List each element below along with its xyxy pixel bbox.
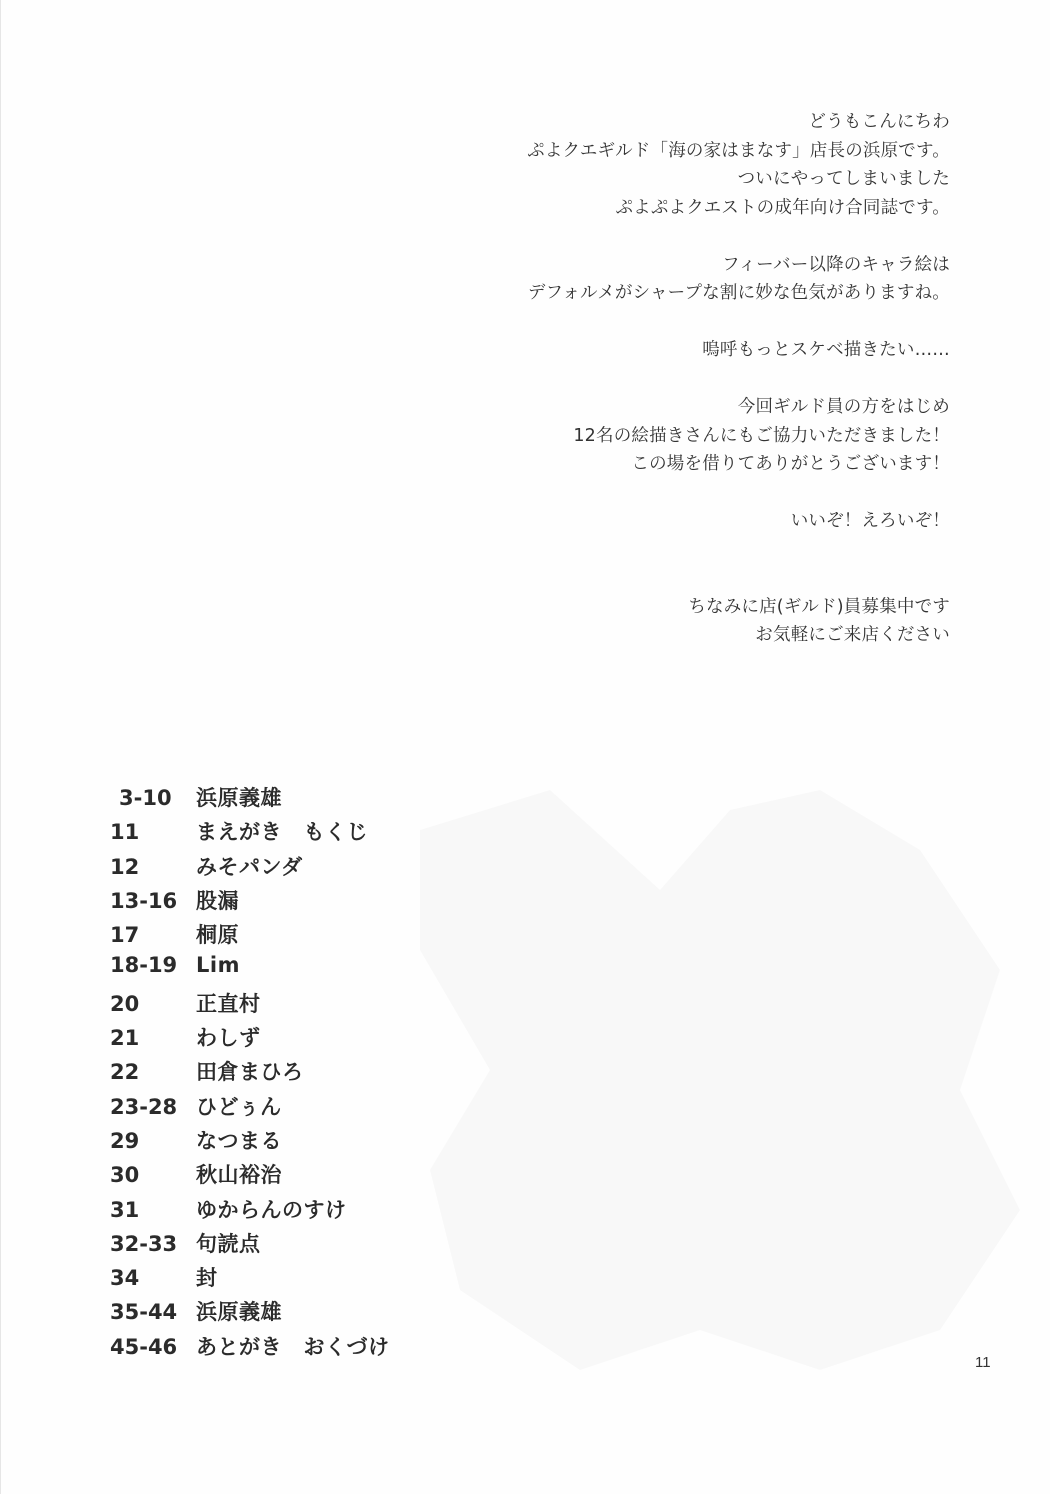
toc-page-range: 13-16 (110, 889, 196, 913)
toc-row: 32-33 句読点 (110, 1228, 390, 1262)
toc-page-range: 17 (110, 923, 196, 947)
foreword-paragraph-recruiting: ちなみに店(ギルド)員募集中です お気軽にご来店ください (430, 593, 950, 650)
foreword-line: どうもこんにちわ (430, 108, 950, 137)
toc-artist: みそパンダ (196, 851, 303, 881)
foreword-line: ぷよクエギルド「海の家はまなす」店長の浜原です。 (430, 137, 950, 166)
toc-artist: 浜原義雄 (196, 1296, 282, 1326)
toc-page-range: 31 (110, 1198, 196, 1222)
foreword-line: ちなみに店(ギルド)員募集中です (430, 593, 950, 622)
toc-row: 18-19 Lim (110, 953, 390, 987)
toc-artist: 田倉まひろ (196, 1056, 304, 1086)
foreword-line: 今回ギルド員の方をはじめ (430, 393, 950, 422)
toc-row: 45-46 あとがき おくづけ (110, 1331, 390, 1365)
toc-row: 31 ゆからんのすけ (110, 1194, 390, 1228)
paragraph-spacer (430, 479, 950, 508)
foreword-line: ぷよぷよクエストの成年向け合同誌です。 (430, 194, 950, 223)
toc-artist: 正直村 (196, 988, 261, 1018)
foreword-line: ついにやってしまいました (430, 165, 950, 194)
toc-page-range: 18-19 (110, 953, 196, 977)
toc-artist: Lim (196, 953, 240, 977)
foreword-line: フィーバー以降のキャラ絵は (430, 251, 950, 280)
toc-row: 34 封 (110, 1262, 390, 1296)
toc-page-range: 34 (110, 1266, 196, 1290)
toc-artist: まえがき もくじ (196, 816, 368, 846)
toc-row: 11 まえがき もくじ (110, 816, 390, 850)
page-number: 11 (975, 1354, 991, 1371)
toc-row: 20 正直村 (110, 988, 390, 1022)
toc-artist: 浜原義雄 (196, 782, 282, 812)
toc-row: 21 わしず (110, 1022, 390, 1056)
table-of-contents: 3-10 浜原義雄 11 まえがき もくじ 12 みそパンダ 13-16 股漏 … (110, 782, 390, 1365)
toc-page-range: 20 (110, 992, 196, 1016)
toc-page-range: 22 (110, 1060, 196, 1084)
foreword-paragraph-thanks: 今回ギルド員の方をはじめ 12名の絵描きさんにもご協力いただきました！ この場を… (430, 393, 950, 479)
toc-row: 35-44 浜原義雄 (110, 1296, 390, 1330)
toc-page-range: 32-33 (110, 1232, 196, 1256)
toc-row: 22 田倉まひろ (110, 1056, 390, 1090)
toc-page-range: 12 (110, 855, 196, 879)
toc-artist: 句読点 (196, 1228, 261, 1258)
paragraph-spacer (430, 536, 950, 593)
toc-artist: なつまる (196, 1125, 282, 1155)
faint-watermark-illustration (400, 770, 1040, 1410)
foreword-line: お気軽にご来店ください (430, 621, 950, 650)
toc-artist: 封 (196, 1262, 218, 1292)
toc-artist: わしず (196, 1022, 261, 1052)
toc-page-range: 3-10 (110, 786, 196, 810)
toc-artist: 秋山裕治 (196, 1159, 282, 1189)
toc-row: 30 秋山裕治 (110, 1159, 390, 1193)
foreword-paragraph-greeting: どうもこんにちわ ぷよクエギルド「海の家はまなす」店長の浜原です。 ついにやって… (430, 108, 950, 222)
toc-row: 13-16 股漏 (110, 885, 390, 919)
toc-page-range: 23-28 (110, 1095, 196, 1119)
toc-artist: あとがき おくづけ (196, 1331, 390, 1361)
toc-page-range: 45-46 (110, 1335, 196, 1359)
paragraph-spacer (430, 365, 950, 394)
foreword-line: この場を借りてありがとうございます！ (430, 450, 950, 479)
toc-artist: 桐原 (196, 919, 239, 949)
foreword: どうもこんにちわ ぷよクエギルド「海の家はまなす」店長の浜原です。 ついにやって… (430, 108, 950, 650)
toc-row: 23-28 ひどぅん (110, 1091, 390, 1125)
foreword-paragraph-exclamation: 嗚呼もっとスケベ描きたい…… (430, 336, 950, 365)
toc-row: 29 なつまる (110, 1125, 390, 1159)
paragraph-spacer (430, 222, 950, 251)
toc-row: 12 みそパンダ (110, 851, 390, 885)
foreword-line: 嗚呼もっとスケベ描きたい…… (430, 336, 950, 365)
toc-row: 17 桐原 (110, 919, 390, 953)
foreword-paragraph-art-style: フィーバー以降のキャラ絵は デフォルメがシャープな割に妙な色気がありますね。 (430, 251, 950, 308)
toc-page-range: 29 (110, 1129, 196, 1153)
toc-row: 3-10 浜原義雄 (110, 782, 390, 816)
foreword-paragraph-cheer: いいぞ！えろいぞ！ (430, 507, 950, 536)
toc-page-range: 30 (110, 1163, 196, 1187)
toc-page-range: 11 (110, 820, 196, 844)
toc-artist: ゆからんのすけ (196, 1194, 347, 1224)
toc-artist: ひどぅん (196, 1091, 282, 1121)
foreword-line: 12名の絵描きさんにもご協力いただきました！ (430, 422, 950, 451)
foreword-line: デフォルメがシャープな割に妙な色気がありますね。 (430, 279, 950, 308)
toc-page-range: 35-44 (110, 1300, 196, 1324)
toc-artist: 股漏 (196, 885, 239, 915)
paragraph-spacer (430, 308, 950, 337)
foreword-line: いいぞ！えろいぞ！ (430, 507, 950, 536)
toc-page-range: 21 (110, 1026, 196, 1050)
